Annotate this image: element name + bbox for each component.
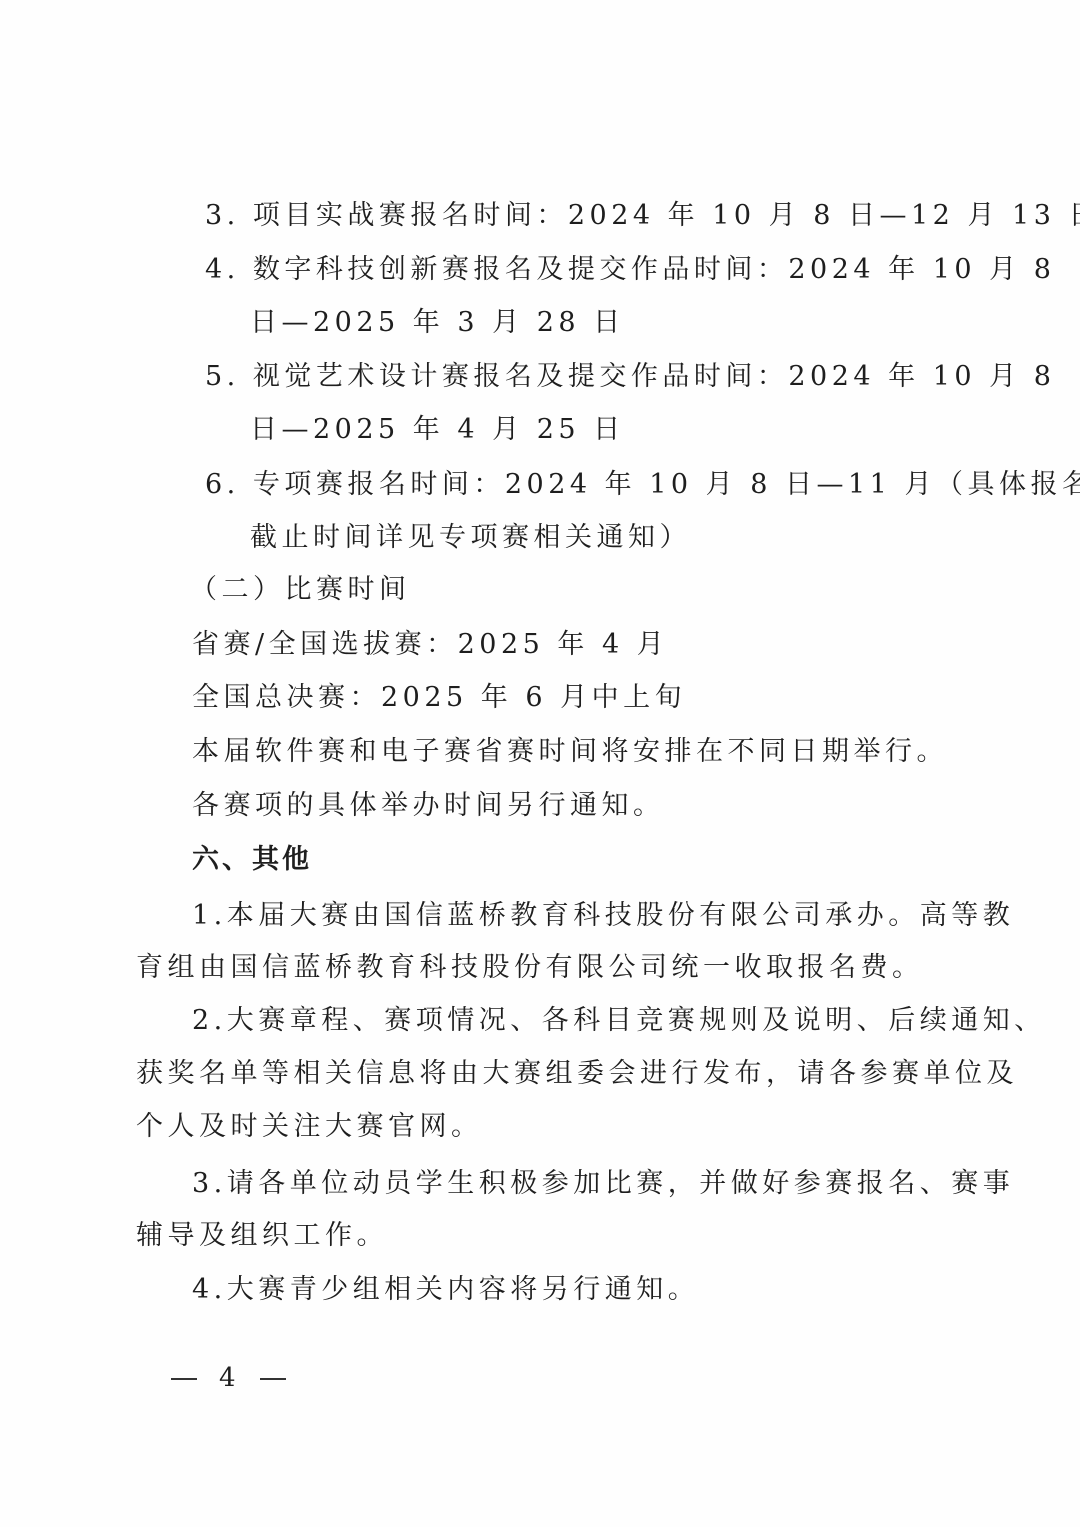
- registration-item-4-line1: 4. 数字科技创新赛报名及提交作品时间：2024 年 10 月 8: [205, 250, 1055, 290]
- registration-item-3: 3. 项目实战赛报名时间：2024 年 10 月 8 日—12 月 13 日: [205, 196, 1080, 236]
- competition-time-line-provincial: 省赛/全国选拔赛：2025 年 4 月: [192, 625, 668, 665]
- section-six-item-3-line1: 3.请各单位动员学生积极参加比赛，并做好参赛报名、赛事: [192, 1164, 1014, 1204]
- section-six-item-1-line1: 1.本届大赛由国信蓝桥教育科技股份有限公司承办。高等教: [192, 896, 1014, 936]
- section-six-item-2-line2: 获奖名单等相关信息将由大赛组委会进行发布，请各参赛单位及: [136, 1054, 1018, 1094]
- section-six-item-3-line2: 辅导及组织工作。: [136, 1216, 388, 1256]
- page-number-value: 4: [219, 1360, 238, 1396]
- page-number: 4: [155, 1360, 302, 1396]
- document-page: 3. 项目实战赛报名时间：2024 年 10 月 8 日—12 月 13 日 4…: [0, 0, 1080, 1527]
- dash-decoration: [171, 1378, 197, 1380]
- registration-item-5-line1: 5. 视觉艺术设计赛报名及提交作品时间：2024 年 10 月 8: [205, 357, 1055, 397]
- competition-time-line-schedule-note: 本届软件赛和电子赛省赛时间将安排在不同日期举行。: [192, 732, 948, 772]
- dash-decoration: [260, 1378, 286, 1380]
- registration-item-4-line2: 日—2025 年 3 月 28 日: [250, 303, 625, 343]
- registration-item-5-line2: 日—2025 年 4 月 25 日: [250, 410, 625, 450]
- section-six-item-2-line1: 2.大赛章程、赛项情况、各科目竞赛规则及说明、后续通知、: [192, 1001, 1046, 1041]
- competition-time-line-national-final: 全国总决赛：2025 年 6 月中上旬: [192, 678, 686, 718]
- registration-item-6-line1: 6. 专项赛报名时间：2024 年 10 月 8 日—11 月（具体报名: [205, 465, 1080, 505]
- section-six-item-1-line2: 育组由国信蓝桥教育科技股份有限公司统一收取报名费。: [136, 948, 924, 988]
- section-six-item-4-line1: 4.大赛青少组相关内容将另行通知。: [192, 1270, 699, 1310]
- section-six-item-2-line3: 个人及时关注大赛官网。: [136, 1107, 483, 1147]
- registration-item-6-line2: 截止时间详见专项赛相关通知）: [250, 518, 691, 558]
- section-six-heading: 六、其他: [192, 840, 312, 880]
- competition-time-line-notice: 各赛项的具体举办时间另行通知。: [192, 786, 665, 826]
- competition-time-heading: （二）比赛时间: [190, 570, 411, 610]
